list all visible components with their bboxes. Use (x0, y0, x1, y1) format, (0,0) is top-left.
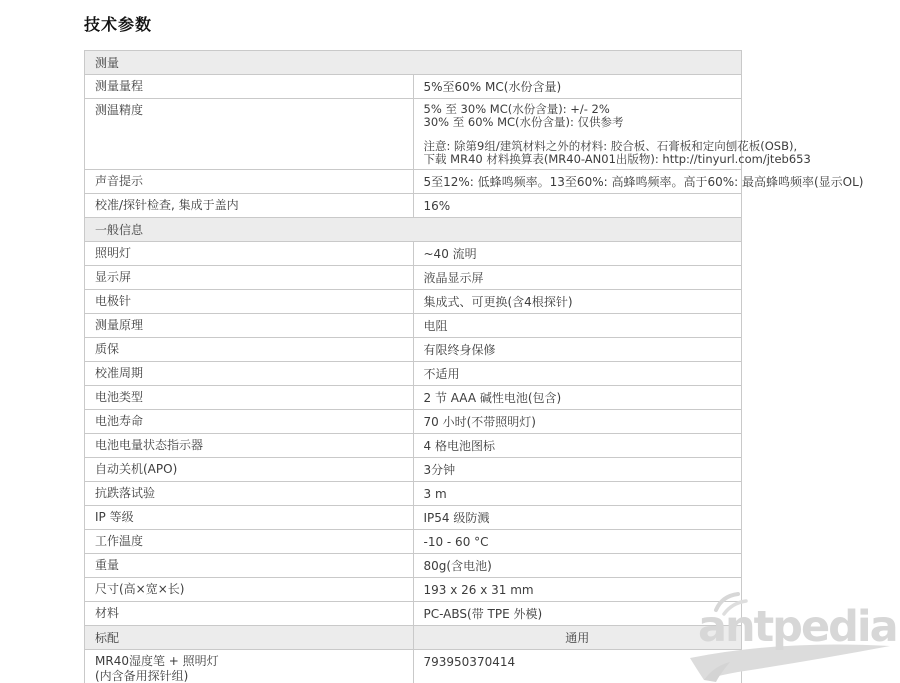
spec-row: 声音提示5至12%: 低蜂鸣频率。13至60%: 高蜂鸣频率。高于60%: 最高… (85, 170, 742, 194)
spec-label-line: 质保 (95, 342, 403, 357)
spec-value-cell: 80g(含电池) (413, 554, 742, 578)
spec-value-line: 30% 至 60% MC(水份含量): 仅供参考 (424, 116, 732, 129)
spec-value-line: 液晶显示屏 (424, 270, 732, 286)
section-header-value: 通用 (413, 626, 742, 650)
spec-label-line: 电池电量状态指示器 (95, 438, 403, 453)
spec-value-cell: 5% 至 30% MC(水份含量): +/- 2%30% 至 60% MC(水份… (413, 99, 742, 170)
spec-value-line: 5%至60% MC(水份含量) (424, 79, 732, 95)
spec-value-line: 193 x 26 x 31 mm (424, 582, 732, 598)
spec-value-cell: 70 小时(不带照明灯) (413, 410, 742, 434)
spec-value-cell: 3 m (413, 482, 742, 506)
section-header-row: 测量 (85, 51, 742, 75)
spec-label-line: 校准周期 (95, 366, 403, 381)
spec-value-cell: 液晶显示屏 (413, 266, 742, 290)
spec-value-cell: PC-ABS(带 TPE 外模) (413, 602, 742, 626)
spec-value-cell: 5%至60% MC(水份含量) (413, 75, 742, 99)
spec-label-cell: 电池类型 (85, 386, 414, 410)
spec-label-cell: 材料 (85, 602, 414, 626)
spec-row: 电池寿命70 小时(不带照明灯) (85, 410, 742, 434)
spec-value-cell: -10 - 60 °C (413, 530, 742, 554)
spec-label-cell: 重量 (85, 554, 414, 578)
spec-row: 照明灯~40 流明 (85, 242, 742, 266)
spec-label-cell: 声音提示 (85, 170, 414, 194)
spec-label-line: 自动关机(APO) (95, 462, 403, 477)
spec-row: 电池电量状态指示器4 格电池图标 (85, 434, 742, 458)
spec-label-cell: 校准周期 (85, 362, 414, 386)
spec-label-line: (内含备用探针组) (95, 669, 403, 683)
spec-table-body: 测量测量量程5%至60% MC(水份含量)测温精度5% 至 30% MC(水份含… (85, 51, 742, 683)
spec-row: IP 等级IP54 级防溅 (85, 506, 742, 530)
spec-row: 材料PC-ABS(带 TPE 外模) (85, 602, 742, 626)
spec-row: 自动关机(APO)3分钟 (85, 458, 742, 482)
spec-row: 测量原理电阻 (85, 314, 742, 338)
spec-label-cell: 测量原理 (85, 314, 414, 338)
spec-label-cell: 照明灯 (85, 242, 414, 266)
spec-row: 重量80g(含电池) (85, 554, 742, 578)
spec-label-line: 工作温度 (95, 534, 403, 549)
spec-label-cell: 显示屏 (85, 266, 414, 290)
spec-value-cell: 有限终身保修 (413, 338, 742, 362)
spec-row: 抗跌落试验3 m (85, 482, 742, 506)
spec-label-line: 抗跌落试验 (95, 486, 403, 501)
spec-value-line: 80g(含电池) (424, 558, 732, 574)
spec-value-line: 16% (424, 198, 732, 214)
spec-value-cell: IP54 级防溅 (413, 506, 742, 530)
spec-value-line: 不适用 (424, 366, 732, 382)
spec-row: 工作温度-10 - 60 °C (85, 530, 742, 554)
spec-row: 质保有限终身保修 (85, 338, 742, 362)
spec-value-line: 集成式、可更换(含4根探针) (424, 294, 732, 310)
spec-value-line: PC-ABS(带 TPE 外模) (424, 606, 732, 622)
spec-label-cell: 测量量程 (85, 75, 414, 99)
spec-label-cell: 校准/探针检查, 集成于盖内 (85, 194, 414, 218)
spec-row: 显示屏液晶显示屏 (85, 266, 742, 290)
spec-value-line: 有限终身保修 (424, 342, 732, 358)
section-header-label: 测量 (85, 51, 742, 75)
spec-label-line: IP 等级 (95, 510, 403, 525)
spec-label-line: 电池寿命 (95, 414, 403, 429)
spec-label-cell: IP 等级 (85, 506, 414, 530)
spec-label-cell: 电池寿命 (85, 410, 414, 434)
spec-row: 测温精度5% 至 30% MC(水份含量): +/- 2%30% 至 60% M… (85, 99, 742, 170)
spec-label-cell: MR40湿度笔 + 照明灯(内含备用探针组) (85, 650, 414, 683)
spec-row: 校准/探针检查, 集成于盖内16% (85, 194, 742, 218)
spec-label-line: 尺寸(高×宽×长) (95, 582, 403, 597)
spec-label-line: 材料 (95, 606, 403, 621)
spec-value-cell: 4 格电池图标 (413, 434, 742, 458)
spec-label-cell: 尺寸(高×宽×长) (85, 578, 414, 602)
spec-row: MR40湿度笔 + 照明灯(内含备用探针组)793950370414 (85, 650, 742, 683)
spec-page: 技术参数 测量测量量程5%至60% MC(水份含量)测温精度5% 至 30% M… (0, 0, 900, 683)
spec-label-line: 测量原理 (95, 318, 403, 333)
spec-label-line: 照明灯 (95, 246, 403, 261)
spec-value-line: 793950370414 (424, 654, 732, 670)
spec-label-cell: 电极针 (85, 290, 414, 314)
spec-value-cell: 2 节 AAA 碱性电池(包含) (413, 386, 742, 410)
spec-value-line: 70 小时(不带照明灯) (424, 414, 732, 430)
spec-value-line: -10 - 60 °C (424, 534, 732, 550)
spec-value-line: 3 m (424, 486, 732, 502)
spec-value-cell: 16% (413, 194, 742, 218)
spec-value-cell: 3分钟 (413, 458, 742, 482)
spec-label-cell: 自动关机(APO) (85, 458, 414, 482)
spec-value-line: 4 格电池图标 (424, 438, 732, 454)
spec-value-line: 下载 MR40 材料换算表(MR40-AN01出版物): http://tiny… (424, 153, 732, 166)
spec-label-line: 测量量程 (95, 79, 403, 94)
spec-label-line: MR40湿度笔 + 照明灯 (95, 654, 403, 669)
spec-row: 电池类型2 节 AAA 碱性电池(包含) (85, 386, 742, 410)
page-title: 技术参数 (84, 12, 152, 35)
spec-value-cell: 电阻 (413, 314, 742, 338)
spec-value-cell: ~40 流明 (413, 242, 742, 266)
spec-label-cell: 电池电量状态指示器 (85, 434, 414, 458)
spec-label-cell: 质保 (85, 338, 414, 362)
spec-label-cell: 工作温度 (85, 530, 414, 554)
spec-value-line: IP54 级防溅 (424, 510, 732, 526)
spec-label-line: 校准/探针检查, 集成于盖内 (95, 198, 403, 213)
spec-row: 校准周期不适用 (85, 362, 742, 386)
spec-row: 电极针集成式、可更换(含4根探针) (85, 290, 742, 314)
section-header-row: 标配通用 (85, 626, 742, 650)
spec-value-cell: 不适用 (413, 362, 742, 386)
spec-value-cell: 793950370414 (413, 650, 742, 683)
spec-table: 测量测量量程5%至60% MC(水份含量)测温精度5% 至 30% MC(水份含… (84, 50, 742, 683)
spec-label-line: 声音提示 (95, 174, 403, 189)
spec-value-line: 3分钟 (424, 462, 732, 478)
spec-label-line: 重量 (95, 558, 403, 573)
spec-value-line: 2 节 AAA 碱性电池(包含) (424, 390, 732, 406)
spec-value-cell: 193 x 26 x 31 mm (413, 578, 742, 602)
section-header-label: 一般信息 (85, 218, 742, 242)
spec-label-line: 电极针 (95, 294, 403, 309)
section-header-label: 标配 (85, 626, 414, 650)
spec-value-line: 5至12%: 低蜂鸣频率。13至60%: 高蜂鸣频率。高于60%: 最高蜂鸣频率… (424, 174, 732, 190)
spec-row: 测量量程5%至60% MC(水份含量) (85, 75, 742, 99)
spec-row: 尺寸(高×宽×长)193 x 26 x 31 mm (85, 578, 742, 602)
spec-label-line: 显示屏 (95, 270, 403, 285)
spec-label-line: 测温精度 (95, 103, 403, 118)
spec-value-line: 电阻 (424, 318, 732, 334)
spec-value-line: ~40 流明 (424, 246, 732, 262)
spec-label-cell: 抗跌落试验 (85, 482, 414, 506)
spec-value-cell: 5至12%: 低蜂鸣频率。13至60%: 高蜂鸣频率。高于60%: 最高蜂鸣频率… (413, 170, 742, 194)
spec-value-cell: 集成式、可更换(含4根探针) (413, 290, 742, 314)
section-header-row: 一般信息 (85, 218, 742, 242)
spec-label-cell: 测温精度 (85, 99, 414, 170)
spec-label-line: 电池类型 (95, 390, 403, 405)
